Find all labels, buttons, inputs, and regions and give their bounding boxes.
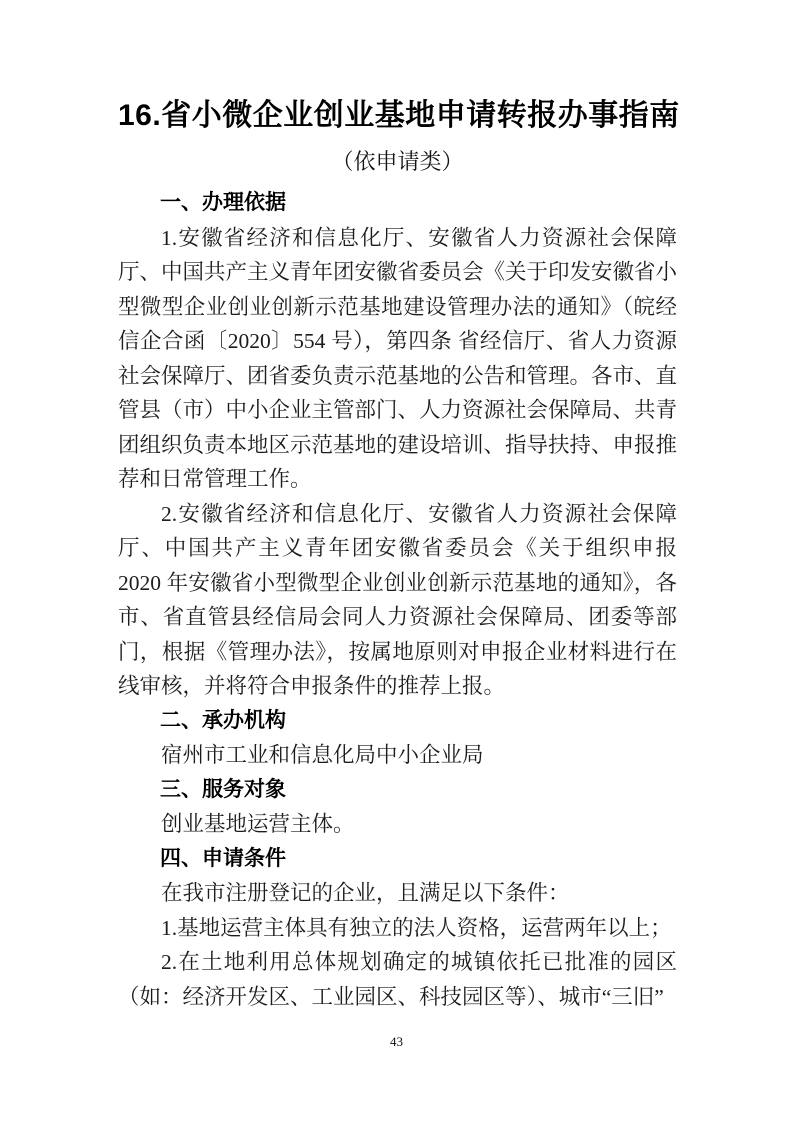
paragraph-basis-2: 2.安徽省经济和信息化厅、安徽省人力资源社会保障厅、中国共产主义青年团安徽省委员… [118, 497, 677, 704]
document-subtitle: （依申请类） [118, 146, 677, 178]
section-heading-basis: 一、办理依据 [118, 186, 677, 221]
paragraph-agency-1: 宿州市工业和信息化局中小企业局 [118, 738, 677, 773]
paragraph-condition-1: 1.基地运营主体具有独立的法人资格，运营两年以上； [118, 911, 677, 946]
paragraph-condition-2: 2.在土地利用总体规划确定的城镇依托已批准的园区（如：经济开发区、工业园区、科技… [118, 945, 677, 1014]
document-title: 16.省小微企业创业基地申请转报办事指南 [118, 96, 677, 136]
paragraph-basis-1: 1.安徽省经济和信息化厅、安徽省人力资源社会保障厅、中国共产主义青年团安徽省委员… [118, 221, 677, 497]
document-page: 16.省小微企业创业基地申请转报办事指南 （依申请类） 一、办理依据 1.安徽省… [0, 0, 793, 1122]
page-number: 43 [0, 1034, 793, 1050]
section-heading-application-conditions: 四、申请条件 [118, 842, 677, 877]
section-heading-agency: 二、承办机构 [118, 704, 677, 739]
document-content: 16.省小微企业创业基地申请转报办事指南 （依申请类） 一、办理依据 1.安徽省… [118, 96, 677, 1014]
section-heading-service-target: 三、服务对象 [118, 773, 677, 808]
paragraph-conditions-intro: 在我市注册登记的企业，且满足以下条件： [118, 876, 677, 911]
paragraph-service-target-1: 创业基地运营主体。 [118, 807, 677, 842]
